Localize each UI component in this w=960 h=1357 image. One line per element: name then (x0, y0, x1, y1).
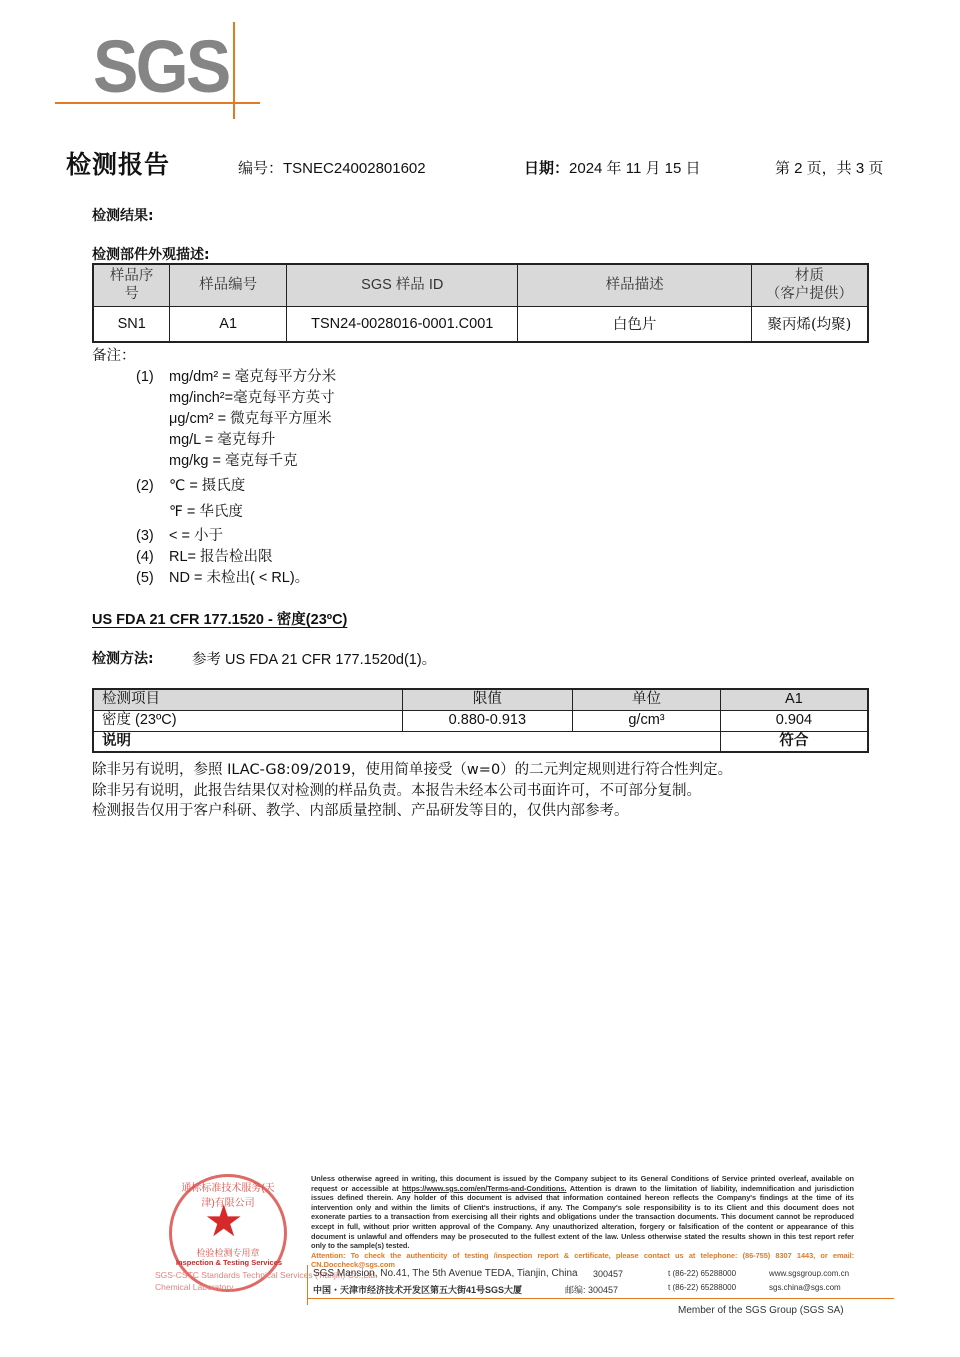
website: www.sgsgroup.com.cn (769, 1269, 849, 1278)
sgs-logo: SGS (55, 22, 260, 107)
cell-sgs-id: TSN24-0028016-0001.C001 (287, 306, 518, 342)
standard-title: US FDA 21 CFR 177.1520 - 密度(23ºC) (92, 608, 347, 629)
header-material-line2: （客户提供） (752, 285, 867, 303)
note-number: (4) (136, 547, 154, 568)
official-stamp: 通标标准技术服务(天津)有限公司 ★ 检验检测专用章 Inspection & … (160, 1174, 300, 1299)
cell-seq: SN1 (93, 306, 170, 342)
table-row: SN1 A1 TSN24-0028016-0001.C001 白色片 聚丙烯(均… (93, 306, 868, 342)
document-title: 检测报告 (66, 145, 170, 181)
result-table: 检测项目 限值 单位 A1 密度 (23ºC) 0.880-0.913 g/cm… (92, 688, 869, 753)
report-number: 编号：TSNEC24002801602 (238, 157, 426, 178)
header-sgs-id: SGS 样品 ID (287, 264, 518, 306)
report-date-value: 2024 年 11 月 15 日 (569, 160, 700, 177)
note-text: RL= 报告检出限 (169, 547, 273, 568)
address-en: SGS Mansion, No.41, The 5th Avenue TEDA,… (313, 1268, 578, 1279)
page-indicator: 第 2 页，共 3 页 (775, 157, 883, 178)
header-description: 样品描述 (518, 264, 751, 306)
note-text: < = 小于 (169, 526, 223, 547)
remark-line: 除非另有说明，此报告结果仅对检测的样品负责。本报告未经本公司书面许可，不可部分复… (92, 781, 732, 802)
header-a1: A1 (720, 689, 868, 710)
logo-vertical-line (233, 22, 235, 119)
address-divider-vertical (307, 1265, 308, 1305)
sample-table: 样品序 号 样品编号 SGS 样品 ID 样品描述 材质 （客户提供） SN1 … (92, 263, 869, 343)
cell-test-item: 密度 (23ºC) (93, 710, 402, 731)
sample-table-header: 样品序 号 样品编号 SGS 样品 ID 样品描述 材质 （客户提供） (93, 264, 868, 306)
note-text: ND = 未检出( < RL)。 (169, 568, 309, 589)
cell-sample-no: A1 (170, 306, 287, 342)
header-test-item: 检测项目 (93, 689, 402, 710)
note-number: (3) (136, 526, 154, 547)
header-limit: 限值 (402, 689, 573, 710)
remark-line: 除非另有说明，参照 ILAC-G8:09/2019，使用简单接受（w=0）的二元… (92, 760, 732, 781)
terms-link[interactable]: https://www.sgs.com/en/Terms-and-Conditi… (402, 1184, 567, 1193)
email: sgs.china@sgs.com (769, 1283, 841, 1292)
note-text: ℃ = 摄氏度 (169, 476, 245, 497)
logo-text: SGS (93, 30, 228, 104)
conclusion-row: 说明 符合 (93, 731, 868, 752)
appearance-label: 检测部件外观描述: (92, 244, 210, 264)
address-divider-horizontal (307, 1298, 894, 1299)
results-label: 检测结果: (92, 205, 154, 225)
legal-disclaimer: Unless otherwise agreed in writing, this… (311, 1174, 854, 1270)
cell-unit: g/cm³ (573, 710, 721, 731)
cell-limit: 0.880-0.913 (402, 710, 573, 731)
address-cn: 中国・天津市经济技术开发区第五大街41号SGS大厦 (313, 1283, 522, 1296)
note-text: μg/cm² = 微克每平方厘米 (169, 409, 332, 430)
header-material-line1: 材质 (752, 267, 867, 285)
note-text: mg/dm² = 毫克每平方分米 (169, 367, 336, 388)
cell-material: 聚丙烯(均聚) (751, 306, 868, 342)
note-text: mg/inch²=毫克每平方英寸 (169, 388, 335, 409)
header-sample-seq-line1: 样品序 (94, 267, 169, 285)
report-number-value: TSNEC24002801602 (283, 160, 426, 177)
test-method: 检测方法: 参考 US FDA 21 CFR 177.1520d(1)。 (92, 648, 154, 668)
method-label: 检测方法: (92, 651, 154, 667)
stamp-lab: Chemical Laboratory (155, 1282, 233, 1292)
conclusion-value: 符合 (720, 731, 868, 752)
header-sample-no: 样品编号 (170, 264, 287, 306)
note-number: (5) (136, 568, 154, 589)
postcode-cn: 邮编: 300457 (565, 1283, 618, 1296)
report-number-label: 编号： (238, 159, 283, 177)
header-unit: 单位 (573, 689, 721, 710)
note-text: mg/L = 毫克每升 (169, 430, 275, 451)
note-number: (1) (136, 367, 154, 388)
table-row: 密度 (23ºC) 0.880-0.913 g/cm³ 0.904 (93, 710, 868, 731)
note-number: (2) (136, 476, 154, 497)
member-statement: Member of the SGS Group (SGS SA) (678, 1305, 844, 1316)
cell-a1: 0.904 (720, 710, 868, 731)
note-text: mg/kg = 毫克每千克 (169, 451, 298, 472)
report-date-label: 日期： (524, 159, 569, 177)
telephone-1: t (86-22) 65288000 (668, 1269, 736, 1278)
header-material: 材质 （客户提供） (751, 264, 868, 306)
logo-horizontal-line (55, 102, 260, 104)
header-sample-seq-line2: 号 (94, 285, 169, 303)
note-text: ℉ = 华氏度 (169, 502, 243, 523)
postcode-en: 300457 (593, 1269, 623, 1279)
remarks: 除非另有说明，参照 ILAC-G8:09/2019，使用简单接受（w=0）的二元… (92, 760, 732, 822)
method-value: 参考 US FDA 21 CFR 177.1520d(1)。 (192, 648, 436, 669)
stamp-inner-en: Inspection & Testing Services (174, 1258, 284, 1267)
remark-line: 检测报告仅用于客户科研、教学、内部质量控制、产品研发等目的，仅供内部参考。 (92, 801, 732, 822)
result-table-header: 检测项目 限值 单位 A1 (93, 689, 868, 710)
cell-description: 白色片 (518, 306, 751, 342)
header-sample-seq: 样品序 号 (93, 264, 170, 306)
star-icon: ★ (204, 1200, 243, 1244)
notes-label: 备注： (92, 346, 136, 367)
disclaimer-text: Attention is drawn to the limitation of … (311, 1184, 854, 1251)
telephone-2: t (86-22) 65288000 (668, 1283, 736, 1292)
report-date: 日期：2024 年 11 月 15 日 (524, 157, 700, 178)
conclusion-label: 说明 (93, 731, 720, 752)
